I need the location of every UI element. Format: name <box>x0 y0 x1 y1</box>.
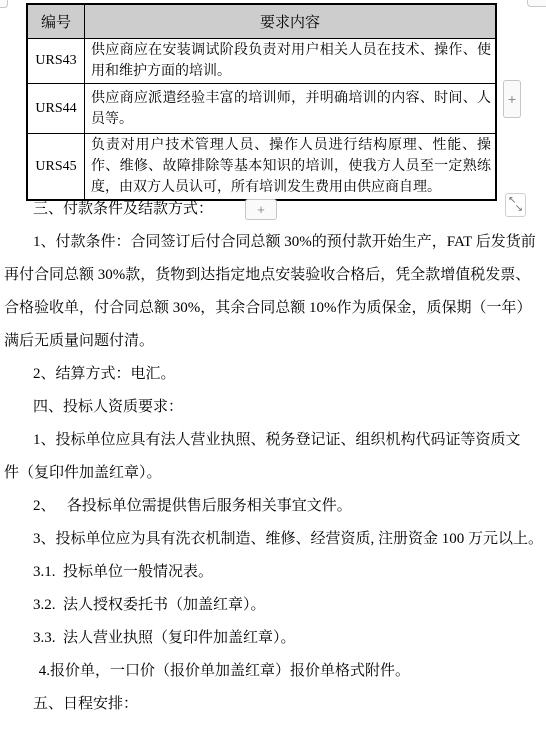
row-id-cell: URS45 <box>27 134 85 201</box>
body-line: 3.1. 投标单位一般情况表。 <box>4 556 541 589</box>
body-line: 四、投标人资质要求： <box>4 391 541 424</box>
body-line: 2、 各投标单位需提供售后服务相关事宜文件。 <box>4 490 541 523</box>
body-line: 3.3. 法人营业执照（复印件加盖红章）。 <box>4 622 541 655</box>
body-line: 3、投标单位应为具有洗衣机制造、维修、经营资质, 注册资金 100 万元以上。 <box>4 523 541 556</box>
table-header-id: 编号 <box>27 4 85 39</box>
document-body: 三、付款条件及结款方式：1、付款条件：合同签订后付合同总额 30%的预付款开始生… <box>4 193 541 721</box>
body-line: 五、日程安排： <box>4 688 541 721</box>
table-body: URS43 供应商应在安装调试阶段负责对用户相关人员在技术、操作、使用和维护方面… <box>27 39 496 201</box>
body-line: 2、结算方式：电汇。 <box>4 358 541 391</box>
overlay-button-fragment-top-right[interactable] <box>527 0 546 7</box>
row-content-cell: 负责对用户技术管理人员、操作人员进行结构原理、性能、操作、维修、故障排除等基本知… <box>85 134 497 201</box>
table-row: URS44 供应商应派遣经验丰富的培训师，并明确培训的内容、时间、人员等。 <box>27 84 496 134</box>
body-line: 1、投标单位应具有法人营业执照、税务登记证、组织机构代码证等资质文 <box>4 424 541 457</box>
document-page: 编号 要求内容 URS43 供应商应在安装调试阶段负责对用户相关人员在技术、操作… <box>0 0 546 741</box>
table-row: URS45 负责对用户技术管理人员、操作人员进行结构原理、性能、操作、维修、故障… <box>27 134 496 201</box>
body-line: 1、付款条件：合同签订后付合同总额 30%的预付款开始生产，FAT 后发货前 <box>4 226 541 259</box>
overlay-button-fragment-top-left[interactable] <box>0 0 8 8</box>
body-line: 3.2. 法人授权委托书（加盖红章）。 <box>4 589 541 622</box>
body-line: 再付合同总额 30%款，货物到达指定地点安装验收合格后，凭全款增值税发票、 <box>4 259 541 292</box>
body-line: 件（复印件加盖红章）。 <box>4 457 541 490</box>
table-header-row: 编号 要求内容 <box>27 4 496 39</box>
add-column-button[interactable]: + <box>503 80 521 118</box>
body-line: 合格验收单，付合同总额 30%，其余合同总额 10%作为质保金，质保期（一年） <box>4 292 541 325</box>
body-line: 满后无质量问题付清。 <box>4 325 541 358</box>
table-row: URS43 供应商应在安装调试阶段负责对用户相关人员在技术、操作、使用和维护方面… <box>27 39 496 84</box>
body-line: 三、付款条件及结款方式： <box>4 193 541 226</box>
requirements-table: 编号 要求内容 URS43 供应商应在安装调试阶段负责对用户相关人员在技术、操作… <box>26 3 497 201</box>
row-content-cell: 供应商应在安装调试阶段负责对用户相关人员在技术、操作、使用和维护方面的培训。 <box>85 39 497 84</box>
row-id-cell: URS43 <box>27 39 85 84</box>
row-content-cell: 供应商应派遣经验丰富的培训师，并明确培训的内容、时间、人员等。 <box>85 84 497 134</box>
body-line: 4.报价单，一口价（报价单加盖红章）报价单格式附件。 <box>4 655 541 688</box>
row-id-cell: URS44 <box>27 84 85 134</box>
table-header-content: 要求内容 <box>85 4 497 39</box>
